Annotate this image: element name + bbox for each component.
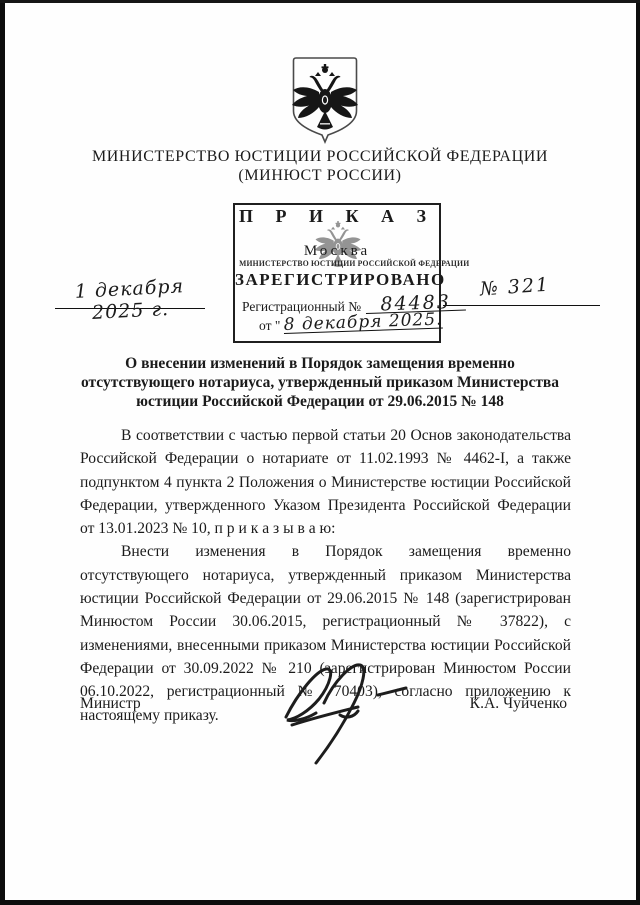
order-number-underline bbox=[443, 305, 600, 306]
minister-signature-icon bbox=[272, 655, 422, 770]
stamp-ministry-line: МИНИСТЕРСТВО ЮСТИЦИИ РОССИЙСКОЙ ФЕДЕРАЦИ… bbox=[239, 259, 435, 269]
document-page: МИНИСТЕРСТВО ЮСТИЦИИ РОССИЙСКОЙ ФЕДЕРАЦИ… bbox=[0, 0, 640, 905]
coat-of-arms-icon bbox=[284, 55, 366, 145]
signer-name: К.А. Чуйченко bbox=[470, 695, 567, 713]
stamp-registered-label: ЗАРЕГИСТРИРОВАНО bbox=[235, 270, 439, 290]
ministry-header: МИНИСТЕРСТВО ЮСТИЦИИ РОССИЙСКОЙ ФЕДЕРАЦИ… bbox=[0, 147, 640, 185]
city-label: Москва bbox=[235, 243, 439, 260]
order-subject: О внесении изменений в Порядок замещения… bbox=[70, 354, 570, 411]
scan-edge-bottom bbox=[0, 900, 640, 905]
ministry-short-name: (МИНЮСТ РОССИИ) bbox=[0, 166, 640, 185]
scan-edge-left bbox=[0, 0, 5, 905]
body-paragraph: В соответствии с частью первой статьи 20… bbox=[80, 424, 571, 540]
scan-edge-top bbox=[0, 0, 640, 3]
order-number-handwritten: № 321 bbox=[459, 272, 570, 302]
ministry-name: МИНИСТЕРСТВО ЮСТИЦИИ РОССИЙСКОЙ ФЕДЕРАЦИ… bbox=[0, 147, 640, 166]
stamp-date-prefix: от " bbox=[259, 318, 280, 333]
issue-date-handwritten: 1 декабря 2025 г. bbox=[54, 274, 206, 326]
stamp-reg-label: Регистрационный № bbox=[242, 299, 361, 314]
scan-edge-right bbox=[636, 0, 640, 905]
registration-stamp: П Р И К А З Москва МИНИСТЕРСТВО ЮСТИЦИИ … bbox=[233, 203, 441, 343]
stamp-date-handwritten: 8 декабря 2025. bbox=[283, 312, 442, 334]
signer-position-label: Министр bbox=[80, 695, 141, 713]
stamp-date-line: от " 8 декабря 2025. bbox=[259, 318, 439, 334]
